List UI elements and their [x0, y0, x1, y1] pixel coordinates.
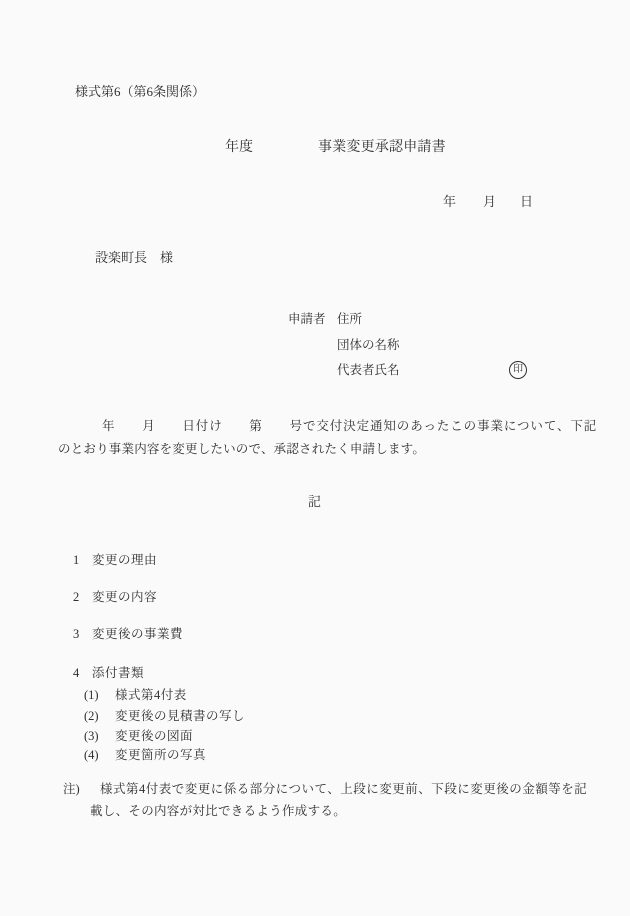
- attachment-item-1-number: (1): [84, 688, 99, 704]
- attachment-item-3-text: 変更後の図面: [115, 729, 193, 745]
- note-line-1: 様式第4付表で変更に係る部分について、上段に変更前、下段に変更後の金額等を記: [100, 782, 587, 798]
- attachment-item-4-text: 変更箇所の写真: [115, 748, 206, 764]
- applicant-label: 申請者: [288, 312, 326, 328]
- list-item-4-number: 4: [73, 666, 79, 682]
- note-line-2: 載し、その内容が対比できるよう作成する。: [90, 804, 346, 820]
- document-page: 様式第6（第6条関係） 年度 事業変更承認申請書 年 月 日 設楽町長 様 申請…: [0, 0, 630, 916]
- title-fiscal-year-label: 年度: [225, 139, 253, 157]
- applicant-representative-label: 代表者氏名: [337, 363, 400, 379]
- document-title: 事業変更承認申請書: [318, 139, 446, 157]
- list-item-1-number: 1: [73, 553, 79, 569]
- date-month-label: 月: [483, 194, 496, 210]
- list-item-3-text: 変更後の事業費: [92, 627, 183, 643]
- body-paragraph-line-2: のとおり事業内容を変更したいので、承認されたく申請します。: [58, 442, 425, 458]
- list-item-2-number: 2: [73, 590, 79, 606]
- applicant-address-label: 住所: [337, 312, 362, 328]
- date-day-label: 日: [520, 194, 533, 210]
- list-item-3-number: 3: [73, 627, 79, 643]
- list-item-4-text: 添付書類: [92, 666, 144, 682]
- note-label: 注): [63, 782, 80, 798]
- section-marker-ki: 記: [308, 494, 321, 510]
- list-item-1-text: 変更の理由: [92, 553, 157, 569]
- applicant-organization-label: 団体の名称: [337, 338, 400, 354]
- addressee: 設楽町長 様: [95, 250, 173, 266]
- form-number: 様式第6（第6条関係）: [75, 84, 205, 100]
- attachment-item-4-number: (4): [84, 748, 99, 764]
- attachment-item-2-number: (2): [84, 709, 99, 725]
- attachment-item-1-text: 様式第4付表: [115, 688, 187, 704]
- date-year-label: 年: [443, 194, 456, 210]
- list-item-2-text: 変更の内容: [92, 590, 157, 606]
- body-paragraph-line-1: 年 月 日付け 第 号で交付決定通知のあったこの事業について、下記: [102, 419, 597, 435]
- seal-mark-icon: 印: [509, 361, 527, 379]
- attachment-item-2-text: 変更後の見積書の写し: [115, 709, 245, 725]
- attachment-item-3-number: (3): [84, 729, 99, 745]
